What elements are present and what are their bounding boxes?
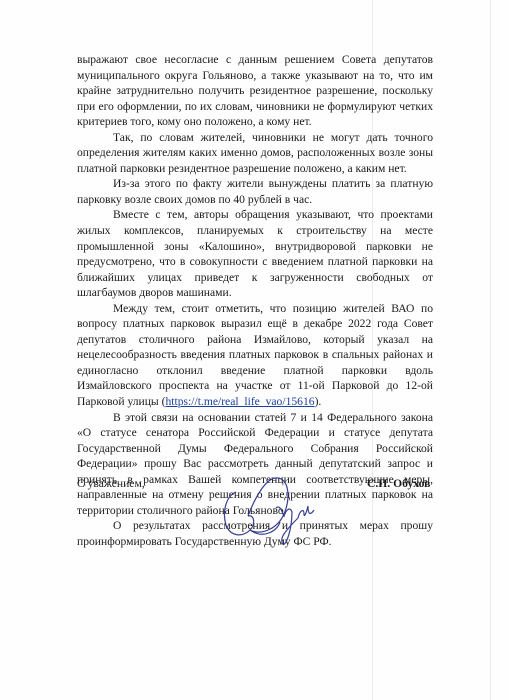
signer-name: С.П. Обухов — [367, 477, 430, 490]
paragraph-1: выражают свое несогласие с данным решени… — [77, 52, 433, 130]
telegram-link[interactable]: https://t.me/real_life_vao/15616 — [165, 395, 314, 408]
document-page: выражают свое несогласие с данным решени… — [0, 0, 509, 700]
paragraph-5: Между тем, стоит отметить, что позицию ж… — [77, 301, 433, 410]
scan-edge-line — [490, 0, 491, 700]
paragraph-3: Из-за этого по факту жители вынуждены пл… — [77, 176, 433, 207]
paragraph-2: Так, по словам жителей, чиновники не мог… — [77, 130, 433, 177]
handwritten-signature-icon — [218, 470, 318, 555]
paragraph-4: Вместе с тем, авторы обращения указывают… — [77, 207, 433, 300]
closing-salutation: С уважением, — [77, 477, 145, 490]
paragraph-5-text: Между тем, стоит отметить, что позицию ж… — [77, 302, 433, 408]
paragraph-5-tail: ). — [315, 395, 322, 408]
